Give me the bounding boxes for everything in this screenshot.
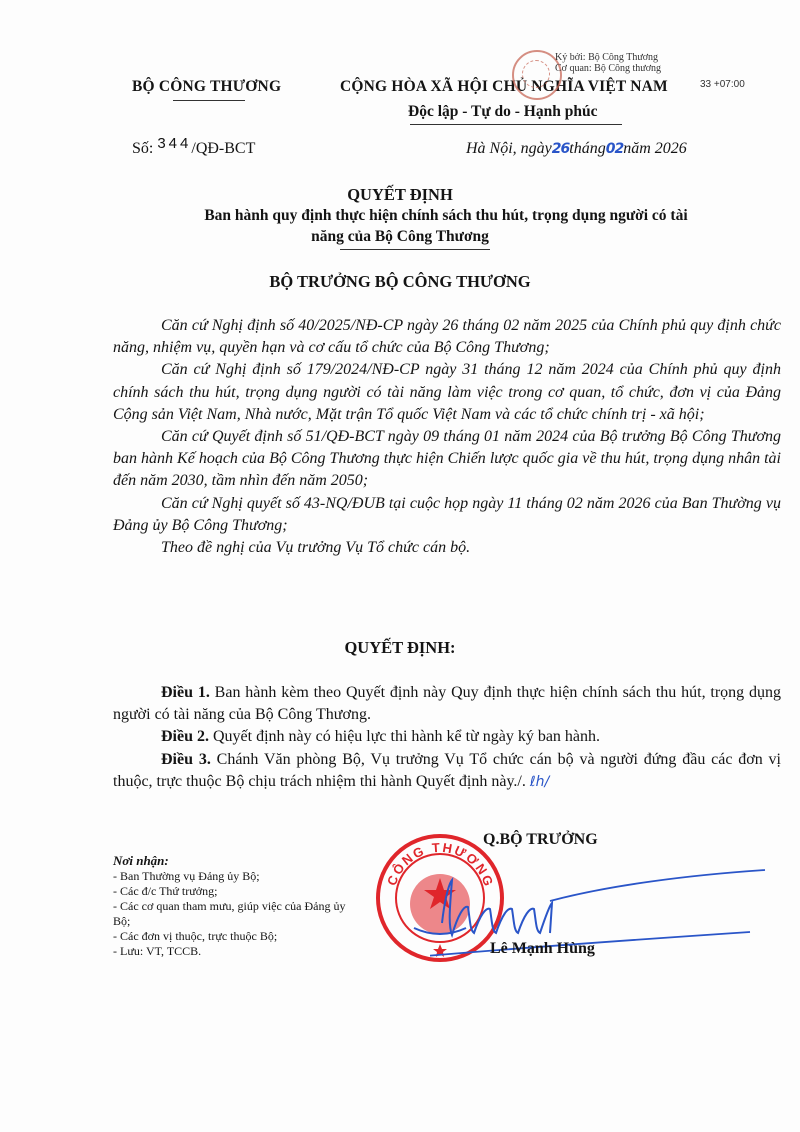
legal-basis: Căn cứ Nghị quyết số 43-NQ/ĐUB tại cuộc …: [113, 493, 781, 537]
article-text: Quyết định này có hiệu lực thi hành kể t…: [209, 728, 600, 745]
article-text: Ban hành kèm theo Quyết định này Quy địn…: [113, 684, 781, 723]
article-3: Điều 3. Chánh Văn phòng Bộ, Vụ trưởng Vụ…: [113, 749, 781, 793]
legal-basis: Căn cứ Quyết định số 51/QĐ-BCT ngày 09 t…: [113, 426, 781, 493]
document-type: QUYẾT ĐỊNH: [0, 185, 800, 205]
place-and-date: Hà Nội, ngày26tháng02năm 2026: [466, 140, 687, 158]
document-number: Số: 344/QĐ-BCT: [132, 140, 255, 158]
recipient-item: - Ban Thường vụ Đảng ủy Bộ;: [113, 869, 348, 884]
article-2: Điều 2. Quyết định này có hiệu lực thi h…: [113, 726, 781, 748]
subject-line-2: năng của Bộ Công Thương: [0, 228, 800, 246]
signer-title: Q.BỘ TRƯỞNG: [483, 831, 598, 849]
legal-basis: Căn cứ Nghị định số 40/2025/NĐ-CP ngày 2…: [113, 315, 781, 359]
place-label: Hà Nội, ngày: [466, 140, 552, 157]
doc-number-prefix: Số:: [132, 140, 153, 157]
article-label: Điều 3.: [161, 751, 211, 768]
recipients-list: Nơi nhận: - Ban Thường vụ Đảng ủy Bộ; - …: [113, 853, 348, 959]
preamble: Căn cứ Nghị định số 40/2025/NĐ-CP ngày 2…: [113, 315, 781, 559]
national-motto: Độc lập - Tự do - Hạnh phúc: [408, 103, 597, 121]
issuing-authority: BỘ TRƯỞNG BỘ CÔNG THƯƠNG: [0, 272, 800, 292]
article-text: Chánh Văn phòng Bộ, Vụ trưởng Vụ Tổ chức…: [113, 751, 781, 790]
legal-basis: Theo đề nghị của Vụ trưởng Vụ Tổ chức cá…: [113, 537, 781, 559]
article-1: Điều 1. Ban hành kèm theo Quyết định này…: [113, 682, 781, 726]
articles: Điều 1. Ban hành kèm theo Quyết định này…: [113, 682, 781, 793]
recipient-item: - Các đơn vị thuộc, trực thuộc Bộ;: [113, 929, 348, 944]
signing-agency: Cơ quan: Bộ Công thương: [555, 63, 661, 74]
decision-heading: QUYẾT ĐỊNH:: [0, 638, 800, 658]
recipients-heading: Nơi nhận:: [113, 853, 348, 868]
issuing-organization: BỘ CÔNG THƯƠNG: [132, 78, 281, 96]
subject-underline: [340, 249, 490, 250]
handwritten-signature-icon: [430, 845, 770, 965]
digital-signature-info: Ký bởi: Bộ Công Thương Cơ quan: Bộ Công …: [555, 52, 661, 74]
article-label: Điều 2.: [161, 728, 209, 745]
month-label: tháng: [569, 140, 605, 157]
recipient-item: - Các đ/c Thứ trưởng;: [113, 884, 348, 899]
article-label: Điều 1.: [161, 684, 210, 701]
doc-number-value: 344: [157, 135, 191, 152]
year-label: năm 2026: [623, 140, 687, 157]
recipient-item: - Các cơ quan tham mưu, giúp việc của Đả…: [113, 899, 348, 929]
initials-mark: ℓh/: [530, 774, 549, 790]
month-handwritten: 02: [606, 141, 623, 157]
signer-name: Lê Mạnh Hùng: [490, 940, 595, 958]
recipient-item: - Lưu: VT, TCCB.: [113, 944, 348, 959]
day-handwritten: 26: [552, 141, 569, 157]
signed-by: Ký bởi: Bộ Công Thương: [555, 52, 661, 63]
signing-time: 33 +07:00: [700, 79, 745, 90]
doc-number-suffix: /QĐ-BCT: [191, 140, 255, 157]
legal-basis: Căn cứ Nghị định số 179/2024/NĐ-CP ngày …: [113, 359, 781, 426]
motto-underline: [410, 124, 622, 125]
subject-line-1: Ban hành quy định thực hiện chính sách t…: [96, 207, 796, 225]
national-title: CỘNG HÒA XÃ HỘI CHỦ NGHĨA VIỆT NAM: [340, 78, 668, 96]
organization-underline: [173, 100, 245, 101]
